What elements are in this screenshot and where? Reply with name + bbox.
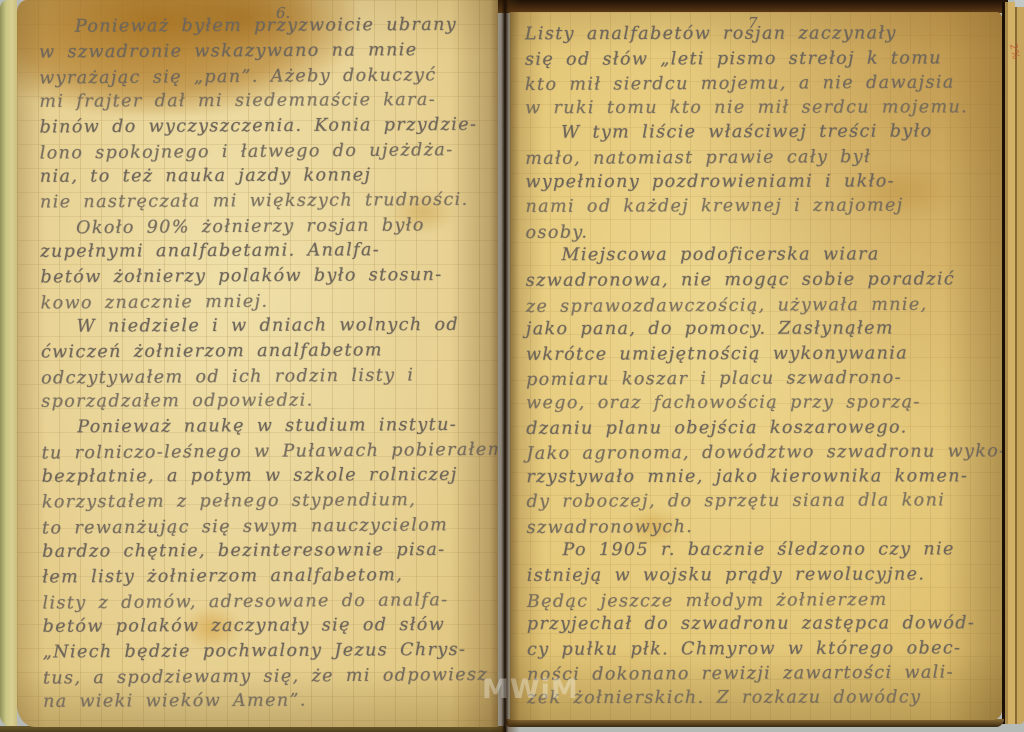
handwriting-line: nami od każdej krewnej i znajomej xyxy=(525,193,1002,219)
handwriting-line: wypełniony pozdrowieniami i ukło- xyxy=(525,169,1002,195)
handwriting-line: zek żołnierskich. Z rozkazu dowódcy xyxy=(527,685,1002,711)
handwriting-line: nia, to też nauka jazdy konnej xyxy=(40,163,498,190)
handwriting-line: Będąc jeszcze młodym żołnierzem xyxy=(527,587,1002,614)
notebook-scan: Ponieważ byłem przyzwoicie ubranyw szwad… xyxy=(0,0,1024,732)
handwriting-line: kto mił sierdcu mojemu, a nie dawajsia xyxy=(525,70,1002,97)
page-stack-right-edge xyxy=(1002,2,1024,724)
handwritten-text-block-left: Ponieważ byłem przyzwoicie ubranyw szwad… xyxy=(39,13,498,716)
handwriting-line: betów polaków zaczynały się od słów xyxy=(43,613,498,640)
handwriting-line: na wieki wieków Amen”. xyxy=(43,688,498,715)
book-gutter-shadow xyxy=(490,0,520,732)
handwriting-line: rzystywało mnie, jako kierownika komen- xyxy=(526,464,1002,490)
handwriting-line: Po 1905 r. bacznie śledzono czy nie xyxy=(527,538,1002,564)
handwriting-line: istnieją w wojsku prądy rewolucyjne. xyxy=(527,562,1002,588)
handwriting-line: Listy analfabetów rosjan zaczynały xyxy=(525,21,1002,47)
handwriting-line: sporządzałem odpowiedzi. xyxy=(41,388,498,415)
handwriting-line: mi frajter dał mi siedemnaście kara- xyxy=(39,88,498,115)
right-page-bottom-edge xyxy=(506,719,1004,727)
handwriting-line: ze sprawozdawczością, używała mnie, xyxy=(526,292,1002,319)
handwriting-line: Jako agronoma, dowództwo szwadronu wyko- xyxy=(526,439,1002,466)
handwriting-line: osoby. xyxy=(525,218,1002,245)
handwriting-line: zupełnymi analfabetami. Analfa- xyxy=(40,238,498,265)
handwritten-text-block-right: Listy analfabetów rosjan zaczynałysię od… xyxy=(525,21,1002,711)
handwriting-line: szwadronowych. xyxy=(526,513,1002,540)
handwriting-line: betów żołnierzy polaków było stosun- xyxy=(40,263,498,291)
handwriting-line: bezpłatnie, a potym w szkole rolniczej xyxy=(42,463,498,490)
handwriting-line: W tym liście właściwej treści było xyxy=(525,120,1002,146)
handwriting-line: Miejscowa podoficerska wiara xyxy=(526,243,1002,269)
archive-watermark: MWiM xyxy=(482,674,579,705)
handwriting-line: wego, oraz fachowością przy sporzą- xyxy=(526,390,1002,416)
handwriting-line: mało, natomiast prawie cały był xyxy=(525,144,1002,171)
page-number-left: 6. xyxy=(276,4,290,22)
book-cover-left-edge xyxy=(0,0,17,727)
handwriting-line: bardzo chętnie, bezinteresownie pisa- xyxy=(42,538,498,565)
handwriting-line: korzystałem z pełnego stypendium, xyxy=(42,488,498,516)
handwriting-line: pomiaru koszar i placu szwadrono- xyxy=(526,366,1002,393)
handwriting-line: ności dokonano rewizji zawartości wali- xyxy=(527,661,1002,688)
handwriting-line: binów do wyczyszczenia. Konia przydzie- xyxy=(39,113,498,141)
handwriting-line: jako pana, do pomocy. Zasłynąłem xyxy=(526,316,1002,342)
notebook-page-left: Ponieważ byłem przyzwoicie ubranyw szwad… xyxy=(17,0,498,727)
handwriting-line: cy pułku płk. Chmyrow w którego obec- xyxy=(527,636,1002,662)
handwriting-line: W niedziele i w dniach wolnych od xyxy=(41,313,498,340)
handwriting-line: łem listy żołnierzom analfabetom, xyxy=(42,563,498,591)
handwriting-line: się od słów „leti pismo strełoj k tomu xyxy=(525,46,1002,72)
notebook-page-right: Listy analfabetów rosjan zaczynałysię od… xyxy=(510,12,1002,720)
handwriting-line: ćwiczeń żołnierzom analfabetom xyxy=(41,338,498,366)
handwriting-line: nie nastręczała mi większych trudności. xyxy=(40,188,498,216)
handwriting-line: „Niech będzie pochwalony Jezus Chrys- xyxy=(43,638,498,666)
handwriting-line: w ruki tomu kto nie mił serdcu mojemu. xyxy=(525,95,1002,121)
handwriting-line: Ponieważ byłem przyzwoicie ubrany xyxy=(39,13,498,40)
handwriting-line: w szwadronie wskazywano na mnie xyxy=(39,38,498,66)
handwriting-line: przyjechał do szwadronu zastępca dowód- xyxy=(527,611,1002,637)
handwriting-line: dzaniu planu obejścia koszarowego. xyxy=(526,415,1002,441)
handwriting-line: Ponieważ naukę w studium instytu- xyxy=(41,413,498,441)
page-number-right: 7 xyxy=(748,14,758,32)
scanner-background-corner xyxy=(1015,0,1024,7)
handwriting-line: szwadronowa, nie mogąc sobie poradzić xyxy=(526,267,1002,293)
handwriting-line: wkrótce umiejętnością wykonywania xyxy=(526,341,1002,367)
handwriting-line: dy roboczej, do sprzętu siana dla koni xyxy=(526,488,1002,514)
